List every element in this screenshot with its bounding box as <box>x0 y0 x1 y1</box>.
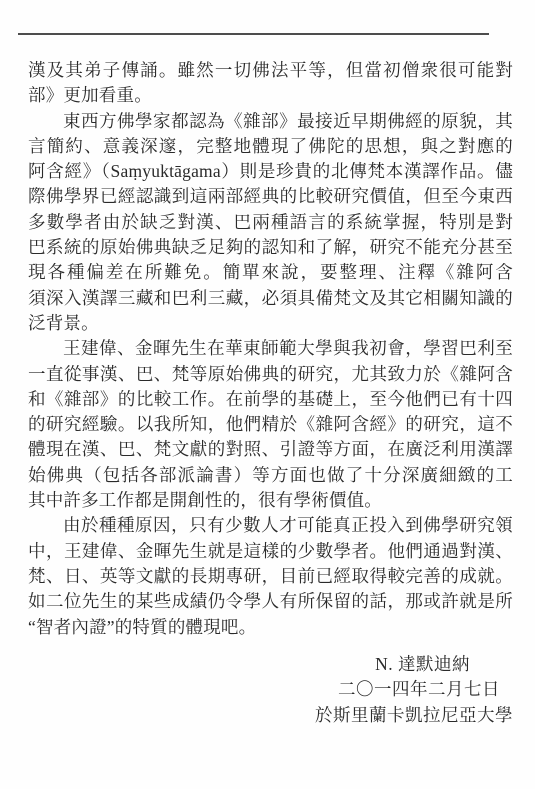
text-line: 言簡約、意義深邃，完整地體現了佛陀的思想，與之對應的《雜 <box>28 134 513 159</box>
text-line: 現各種偏差在所難免。簡單來說，要整理、注釋《雜阿含經》，必 <box>28 260 513 285</box>
text-line: 其中許多工作都是開創性的，很有學術價值。 <box>28 488 513 513</box>
text-line: 體現在漢、巴、梵文獻的對照、引證等方面，在廣泛利用漢譯原 <box>28 437 513 462</box>
text-line: 一直從事漢、巴、梵等原始佛典的研究，尤其致力於《雜阿含經》 <box>28 362 513 387</box>
text-line: 王建偉、金暉先生在華東師範大學與我初會，學習巴利至今， <box>28 336 513 361</box>
text-line: 巴系統的原始佛典缺乏足夠的認知和了解，研究不能充分甚至出 <box>28 235 513 260</box>
signature-author: N. 達默迪納 <box>28 652 513 677</box>
signature-date: 二〇一四年二月七日 <box>28 677 513 702</box>
text-line: 中，王建偉、金暉先生就是這樣的少數學者。他們通過對漢、巴、 <box>28 539 513 564</box>
header-rule <box>18 33 489 35</box>
text-line: 始佛典（包括各部派論書）等方面也做了十分深廣細緻的工作， <box>28 463 513 488</box>
text-line: 多數學者由於缺乏對漢、巴兩種語言的系統掌握，特別是對漢、 <box>28 210 513 235</box>
signature-place: 於斯里蘭卡凱拉尼亞大學 <box>28 703 513 728</box>
text-line: 須深入漢譯三藏和巴利三藏，必須具備梵文及其它相關知識的廣 <box>28 286 513 311</box>
text-line: “智者內證”的特質的體現吧。 <box>28 615 513 640</box>
text-line: 如二位先生的某些成績仍令學人有所保留的話，那或許就是所謂 <box>28 589 513 614</box>
text-line: 和《雜部》的比較工作。在前學的基礎上，至今他們已有十四年 <box>28 387 513 412</box>
text-line: 阿含經》（Saṃyuktāgama）則是珍貴的北傳梵本漢譯作品。儘管國 <box>28 159 513 184</box>
text-line: 的研究經驗。以我所知，他們精於《雜阿含經》的研究，這不僅 <box>28 412 513 437</box>
text-line: 際佛學界已經認識到這兩部經典的比較研究價值，但至今東西方 <box>28 184 513 209</box>
text-line: 漢及其弟子傳誦。雖然一切佛法平等，但當初僧衆很可能對《雜 <box>28 58 513 83</box>
text-line: 泛背景。 <box>28 311 513 336</box>
body-text: 漢及其弟子傳誦。雖然一切佛法平等，但當初僧衆很可能對《雜 部》更加看重。 東西方… <box>28 58 513 640</box>
text-line: 部》更加看重。 <box>28 83 513 108</box>
signature-block: N. 達默迪納 二〇一四年二月七日 於斯里蘭卡凱拉尼亞大學 <box>28 652 513 728</box>
text-line: 東西方佛學家都認為《雜部》最接近早期佛經的原貌，其語 <box>28 109 513 134</box>
text-line: 由於種種原因，只有少數人才可能真正投入到佛學研究領域 <box>28 513 513 538</box>
text-line: 梵、日、英等文獻的長期專研，目前已經取得較完善的成就。假 <box>28 564 513 589</box>
scanned-book-page: 漢及其弟子傳誦。雖然一切佛法平等，但當初僧衆很可能對《雜 部》更加看重。 東西方… <box>0 0 535 789</box>
